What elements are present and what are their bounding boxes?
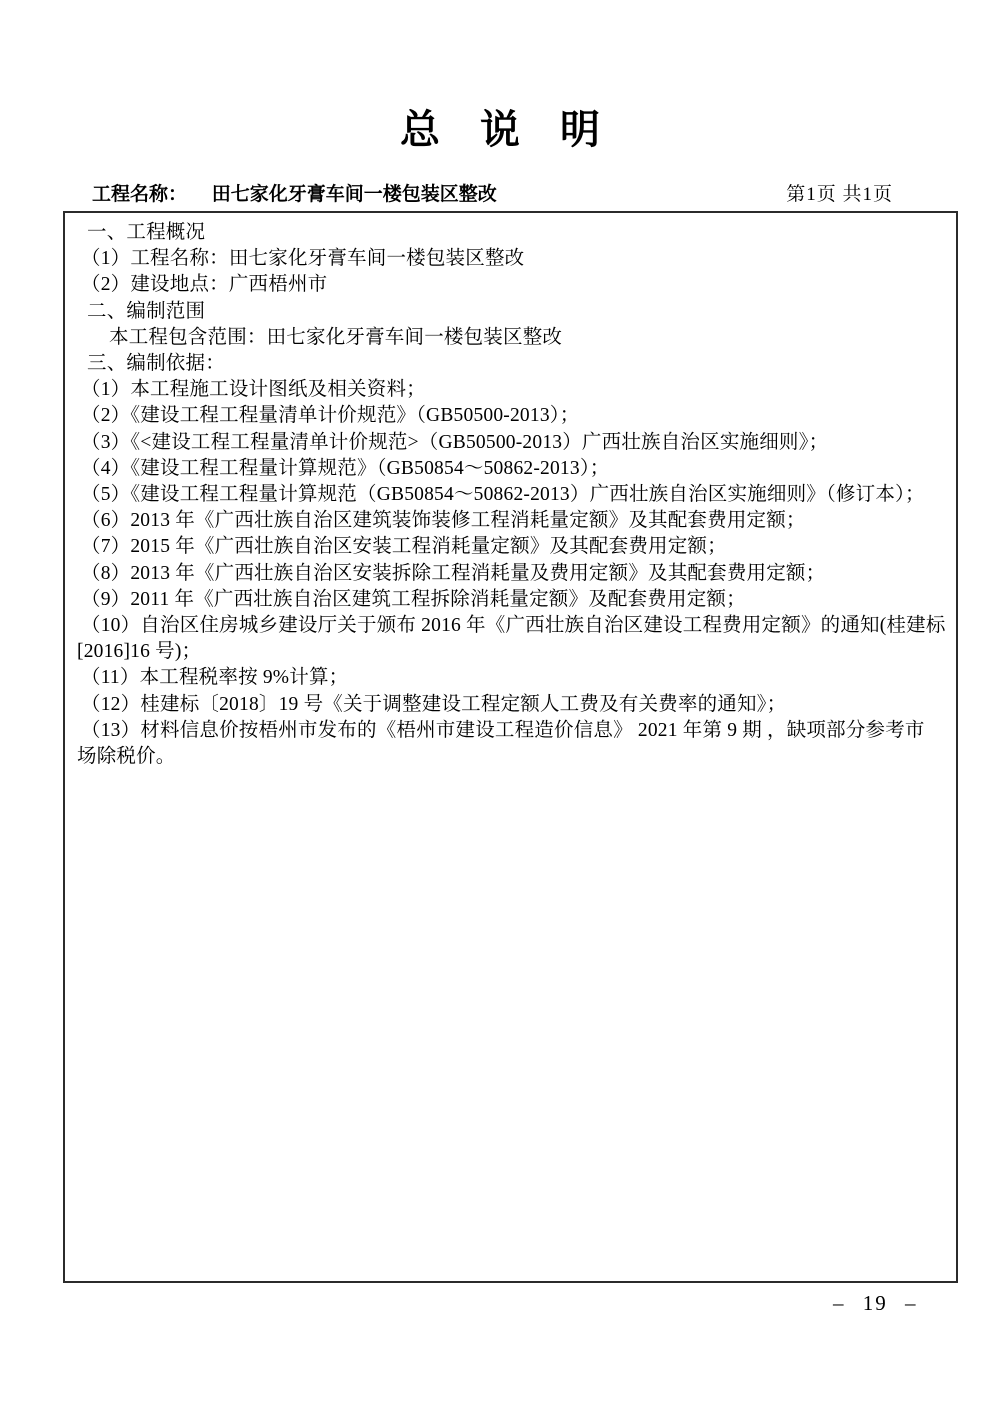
content-line: （8）2013 年《广西壮族自治区安装拆除工程消耗量及费用定额》及其配套费用定额… <box>77 561 946 587</box>
content-line: （9）2011 年《广西壮族自治区建筑工程拆除消耗量定额》及配套费用定额； <box>77 587 946 613</box>
project-name-value: 田七家化牙膏车间一楼包装区整改 <box>212 184 497 205</box>
content-line: （2）《建设工程工程量清单计价规范》（GB50500-2013）； <box>77 403 946 429</box>
content-line: （12）桂建标〔2018〕19 号《关于调整建设工程定额人工费及有关费率的通知》… <box>77 692 946 718</box>
content-line: （11）本工程税率按 9%计算； <box>77 665 946 691</box>
content-line: （10）自治区住房城乡建设厅关于颁布 2016 年《广西壮族自治区建设工程费用定… <box>77 613 946 639</box>
content-line: （2）建设地点：广西梧州市 <box>77 272 946 298</box>
content-line: 三、编制依据： <box>77 351 946 377</box>
content-line: （13）材料信息价按梧州市发布的《梧州市建设工程造价信息》 2021 年第 9 … <box>77 718 946 744</box>
page-title: 总 说 明 <box>0 106 1000 154</box>
content-line: 本工程包含范围：田七家化牙膏车间一楼包装区整改 <box>77 325 946 351</box>
footer-page-number: – 19 – <box>833 1291 918 1316</box>
content-line: 场除税价。 <box>77 744 946 770</box>
content-box: 一、工程概况（1）工程名称：田七家化牙膏车间一楼包装区整改（2）建设地点：广西梧… <box>63 211 958 1283</box>
content-line: （6）2013 年《广西壮族自治区建筑装饰装修工程消耗量定额》及其配套费用定额； <box>77 508 946 534</box>
content-line: （4）《建设工程工程量计算规范》（GB50854～50862-2013）； <box>77 456 946 482</box>
content-line: （1）工程名称：田七家化牙膏车间一楼包装区整改 <box>77 246 946 272</box>
document-page: 总 说 明 工程名称： 田七家化牙膏车间一楼包装区整改 第1页 共1页 一、工程… <box>0 0 1000 1414</box>
content-line: 一、工程概况 <box>77 220 946 246</box>
content-line: （7）2015 年《广西壮族自治区安装工程消耗量定额》及其配套费用定额； <box>77 534 946 560</box>
content-line: （3）《<建设工程工程量清单计价规范>（GB50500-2013）广西壮族自治区… <box>77 430 946 456</box>
project-name-label: 工程名称： <box>92 184 187 205</box>
content-line: （5）《建设工程工程量计算规范（GB50854～50862-2013）广西壮族自… <box>77 482 946 508</box>
page-info: 第1页 共1页 <box>786 182 893 208</box>
content-line: （1）本工程施工设计图纸及相关资料； <box>77 377 946 403</box>
content-line: 二、编制范围 <box>77 299 946 325</box>
header-row: 工程名称： 田七家化牙膏车间一楼包装区整改 第1页 共1页 <box>92 182 893 208</box>
content-line: [2016]16 号)； <box>77 639 946 665</box>
